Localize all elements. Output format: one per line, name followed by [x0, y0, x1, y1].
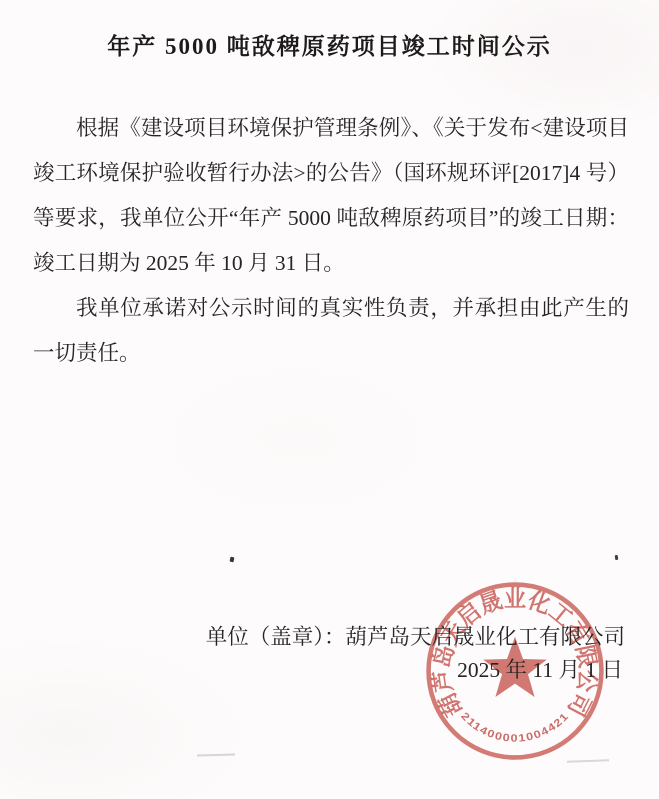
seal-serial-number: 211400001004421	[458, 710, 571, 745]
notice-paragraph-2: 我单位承诺对公示时间的真实性负责，并承担由此产生的一切责任。	[33, 286, 629, 376]
page-title: 年产 5000 吨敌稗原药项目竣工时间公示	[0, 0, 659, 61]
scan-speck	[230, 557, 235, 563]
notice-paragraph-1: 根据《建设项目环境保护管理条例》、《关于发布<建设项目竣工环境保护验收暂行办法>…	[33, 106, 629, 286]
scan-smudge	[197, 754, 235, 757]
notice-body: 根据《建设项目环境保护管理条例》、《关于发布<建设项目竣工环境保护验收暂行办法>…	[33, 106, 629, 376]
scan-speck	[615, 555, 619, 560]
signature-company-line: 单位（盖章）：葫芦岛天启晟业化工有限公司	[206, 620, 625, 651]
signature-date-line: 2025 年 11 月 1 日	[457, 653, 623, 684]
scanned-notice-page: 年产 5000 吨敌稗原药项目竣工时间公示 根据《建设项目环境保护管理条例》、《…	[0, 0, 659, 799]
